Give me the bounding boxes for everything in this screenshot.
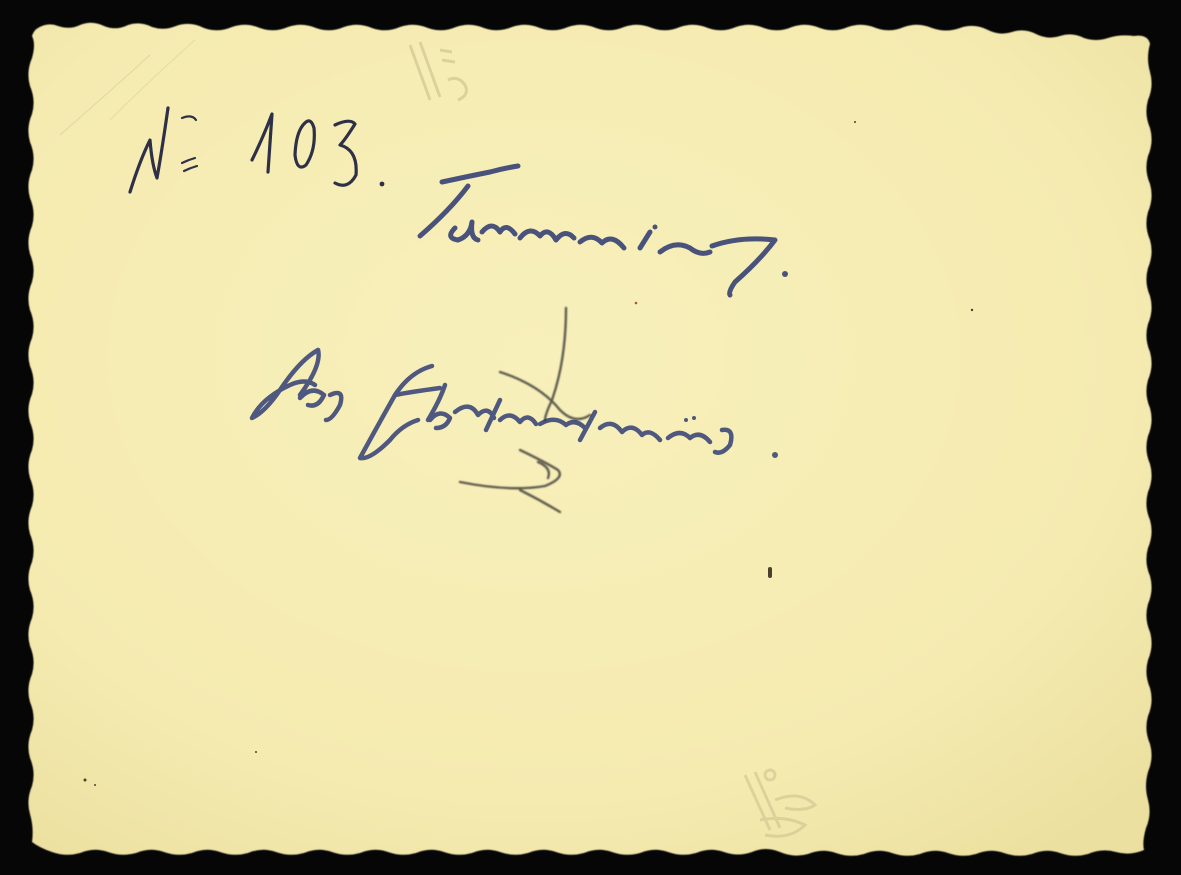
handwriting-layer [0, 0, 1181, 875]
inscription-place-name [420, 166, 788, 295]
pencil-mark [460, 308, 590, 512]
inscription-caption [252, 350, 778, 458]
inscription-number [130, 108, 384, 192]
scanned-photo-back: № 103. Tarnowicz. Das Glockenhaus. ✗ 2 [0, 0, 1181, 875]
